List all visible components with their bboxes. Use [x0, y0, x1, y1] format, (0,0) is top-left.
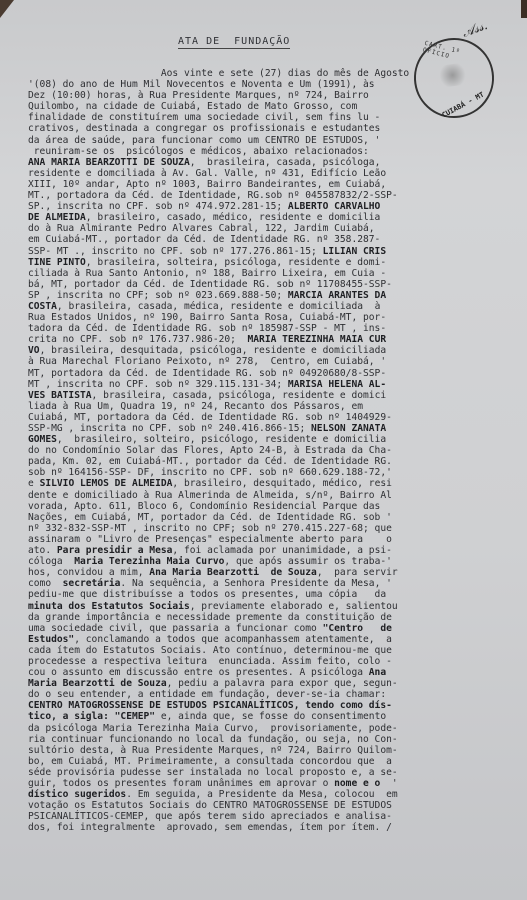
text-line: cada ítem do Estatutos Sociais. Ato cont… — [28, 645, 498, 656]
text-line: assinaram o "Livro de Presenças" especia… — [28, 534, 498, 545]
text-line: votação os Estatutos Sociais do CENTRO M… — [28, 800, 498, 811]
text-line: MT., portadora da Céd. de Identidade, RG… — [28, 190, 498, 201]
text-line: GOMES, brasileiro, solteiro, psicólogo, … — [28, 434, 498, 445]
text-line: CENTRO MATOGROSSENSE DE ESTUDOS PSICANAL… — [28, 700, 498, 711]
text-line: crativos, destinada a congregar os profi… — [28, 123, 498, 134]
text-line: Aos vinte e sete (27) dias do mês de Ago… — [28, 68, 498, 79]
text-line: SP , inscrita no CPF; sob nº 023.669.888… — [28, 290, 498, 301]
text-line: SP., inscrita no CPF. sob nº 474.972.281… — [28, 201, 498, 212]
text-line: finalidade de constituírem uma sociedade… — [28, 112, 498, 123]
text-line: hos, convidou a mim, Ana Maria Bearzotti… — [28, 567, 498, 578]
text-line: cou o assunto em discussão entre os pres… — [28, 667, 498, 678]
text-line: dos, foi integralmente aprovado, sem eme… — [28, 822, 498, 833]
text-line: PSICANALÍTICOS-CEMEP, que após terem sid… — [28, 811, 498, 822]
text-line: MT, portadora da Céd. de Identidade RG. … — [28, 368, 498, 379]
text-line: Dez (10:00) horas, à Rua Presidente Marq… — [28, 90, 498, 101]
text-line: bo, em Cuiabá, MT. Primeiramente, a cons… — [28, 756, 498, 767]
text-line: XIII, 10º andar, Apto nº 1003, Bairro Ba… — [28, 179, 498, 190]
text-line: TINE PINTO, brasileira, solteira, psicól… — [28, 257, 498, 268]
page-corner-shadow-right — [521, 0, 527, 18]
text-line: VO, brasileira, desquitada, psicóloga, r… — [28, 345, 498, 356]
document-title: ATA DE FUNDAÇÃO — [178, 36, 290, 49]
text-line: do à Rua Almirante Pedro Alvares Cabral,… — [28, 223, 498, 234]
text-line: uma sociedade civil, que passaria a func… — [28, 623, 498, 634]
text-line: tadora da Céd. de Identidade RG. sob nº … — [28, 323, 498, 334]
text-line: da psicóloga Maria Terezinha Maia Curvo,… — [28, 723, 498, 734]
text-line: do no Condomínio Solar das Flores, Apto … — [28, 445, 498, 456]
text-line: VES BATISTA, brasileira, casada, psicólo… — [28, 390, 498, 401]
text-line: dístico sugeridos. Em seguida, a Preside… — [28, 789, 498, 800]
text-line: ria continuar funcionando no local da fu… — [28, 734, 498, 745]
text-line: séde provisória pudesse ser instalada no… — [28, 767, 498, 778]
text-line: como secretária. Na sequência, a Senhora… — [28, 578, 498, 589]
text-line: pediu-me que distribuísse a todos os pre… — [28, 589, 498, 600]
text-line: Nações, em Cuiabá, MT, portador da Céd. … — [28, 512, 498, 523]
text-line: e SILVIO LEMOS DE ALMEIDA, brasileiro, d… — [28, 478, 498, 489]
text-line: cóloga Maria Terezinha Maia Curvo, que a… — [28, 556, 498, 567]
text-line: Estudos", conclamando a todos que acompa… — [28, 634, 498, 645]
text-line: do o seu entender, a entidade em fundaçã… — [28, 689, 498, 700]
text-line: ato. Para presidir a Mesa, foi aclamada … — [28, 545, 498, 556]
text-line: DE ALMEIDA, brasileiro, casado, médico, … — [28, 212, 498, 223]
text-line: residente e domciliada à Av. Gal. Valle,… — [28, 168, 498, 179]
text-line: em Cuiabá-MT., portador da Céd. de Ident… — [28, 234, 498, 245]
text-line: guir, todos os presentes foram unânimes … — [28, 778, 498, 789]
text-line: Rua Estados Unidos, nº 190, Bairro Santa… — [28, 312, 498, 323]
text-line: tico, a sigla: "CEMEP" e, ainda que, se … — [28, 711, 498, 722]
text-line: pada, Km. 02, em Cuiabá-MT., portador da… — [28, 456, 498, 467]
text-line: Cuiabá, MT, portadora da Céd. de Identid… — [28, 412, 498, 423]
text-line: '(08) do ano de Hum Mil Novecentos e Nov… — [28, 79, 498, 90]
text-line: crita no CPF. sob nº 176.737.986-20; MAR… — [28, 334, 498, 345]
text-line: SSP-MG , inscrita no CPF. sob nº 240.416… — [28, 423, 498, 434]
text-line: sultório desta, à Rua Presidente Marques… — [28, 745, 498, 756]
text-line: à Rua Marechal Floriano Peixoto, nº 278,… — [28, 356, 498, 367]
document-body: Aos vinte e sete (27) dias do mês de Ago… — [28, 68, 498, 833]
text-line: MT , inscrita no CPF. sob nº 329.115.131… — [28, 379, 498, 390]
text-line: ANA MARIA BEARZOTTI DE SOUZA, brasileira… — [28, 157, 498, 168]
text-line: reuniram-se os psicólogos e médicos, aba… — [28, 146, 498, 157]
text-line: procedesse a respectiva leitura enunciad… — [28, 656, 498, 667]
text-line: da grande importância e necessidade prem… — [28, 612, 498, 623]
signature: 𝒜𝓈𝓈. — [460, 18, 490, 41]
text-line: dente e domiciliado à Rua Almerinda de A… — [28, 490, 498, 501]
text-line: SSP- MT ., inscrito no CPF. sob nº 177.2… — [28, 246, 498, 257]
text-line: Quilombo, na cidade de Cuiabá, Estado de… — [28, 101, 498, 112]
text-line: Maria Bearzotti de Souza, pediu a palavr… — [28, 678, 498, 689]
text-line: minuta dos Estatutos Sociais, previament… — [28, 601, 498, 612]
text-line: sob nº 164156-SSP- DF, inscrito no CPF. … — [28, 467, 498, 478]
text-line: nº 332-832-SSP-MT , inscrito no CPF; sob… — [28, 523, 498, 534]
page-corner-shadow — [0, 0, 14, 18]
text-line: vorada, Apto. 611, Bloco 6, Condomínio R… — [28, 501, 498, 512]
text-line: da área de saúde, para funcionar como um… — [28, 135, 498, 146]
text-line: liada à Rua Um, Quadra 19, nº 24, Recant… — [28, 401, 498, 412]
text-line: ciliada à Rua Santo Antonio, nº 188, Bai… — [28, 268, 498, 279]
text-line: COSTA, brasileira, casada, médica, resid… — [28, 301, 498, 312]
text-line: bá, MT, portador da Céd. de Identidade R… — [28, 279, 498, 290]
